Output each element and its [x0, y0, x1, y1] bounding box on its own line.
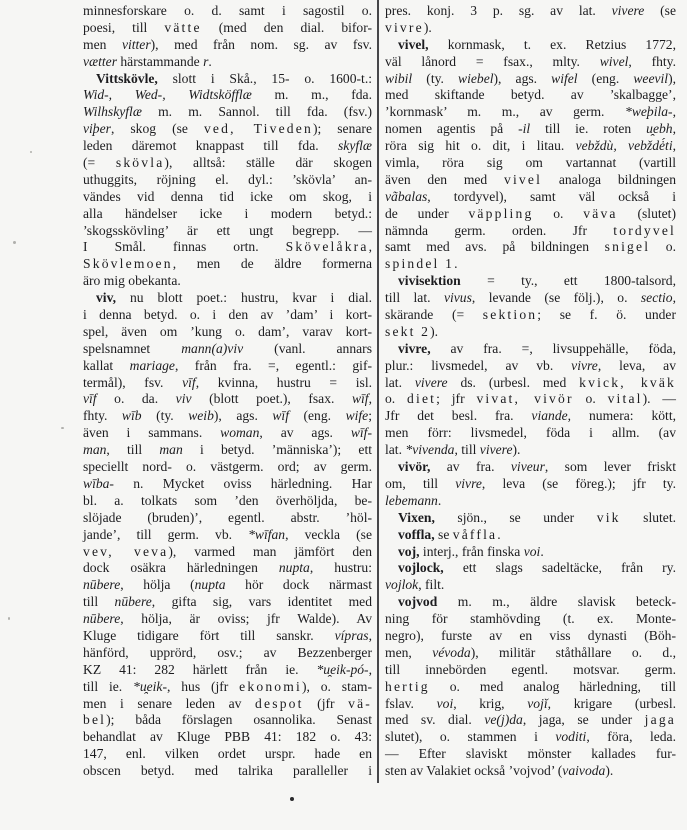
text-line: lat. *vivenda, till vivere). [385, 442, 676, 459]
scan-speck [30, 151, 32, 153]
text-line: vojlok, filt. [385, 577, 676, 594]
text-line: vīf o. da. viv (blott poet.), fsax. wīf, [83, 391, 372, 408]
text-line: 147, enl. vilken ordet urspr. hade en [83, 746, 372, 763]
text-line: vändes vid denna tid icke om skog, i [83, 189, 372, 206]
column-divider-rule [377, 0, 379, 783]
text-line: I Smål. finnas ortn. Skövelåkra, [83, 239, 372, 256]
text-line: pres. konj. 3 p. sg. av lat. vivere (se [385, 3, 676, 20]
text-line: samt med avs. på bildningen snigel o. [385, 239, 676, 256]
text-line: leden däremot knappast till fda. skyflæ [83, 138, 372, 155]
text-line: vojvod m. m., äldre slavisk beteck- [385, 594, 676, 611]
text-line: vimla, röra sig om vartannat (vartill [385, 155, 676, 172]
text-line: till innebörden egentl. motsvar. germ. [385, 662, 676, 679]
text-line: o. diet; jfr vivat, vivör o. vital). — [385, 391, 676, 408]
text-line: hertig o. med analog härledning, till [385, 679, 676, 696]
text-line: minnesforskare o. d. samt i sagostil o. [83, 3, 372, 20]
text-line: skärande (= sektion; se f. ö. under [385, 307, 676, 324]
text-line: sten av Valakiet också ’vojvod’ (vaivoda… [385, 763, 676, 780]
text-line: KZ 41: 282 härlett från ie. *u̯eik-pó-, [83, 662, 372, 679]
text-line: Kluge tidigare fört till sanskr. vípras, [83, 628, 372, 645]
text-line: behandlat av Kluge PBB 41: 182 o. 43: [83, 729, 372, 746]
text-line: till lat. vivus, levande (se följ.), o. … [385, 290, 676, 307]
right-column: pres. konj. 3 p. sg. av lat. vivere (sev… [385, 3, 676, 780]
text-line: jande’, till germ. vb. *wīfan, veckla (s… [83, 527, 372, 544]
text-line: vætter härstammande r. [83, 54, 372, 71]
text-line: lebemann. [385, 493, 676, 510]
text-line: ’kornmask’ m. m., av germ. *weþila-, [385, 104, 676, 121]
left-column: minnesforskare o. d. samt i sagostil o.p… [83, 3, 372, 780]
text-line: bl. a. tolkats som ’den överhöljda, be- [83, 493, 372, 510]
text-line: speciellt nord- o. västgerm. ord; av ger… [83, 459, 372, 476]
text-line: termål), fsv. vīf, kvinna, hustru = isl. [83, 375, 372, 392]
text-line: även i sammans. woman, av ags. wīf- [83, 425, 372, 442]
text-line: med skiftande betyd. av ’skalbagge’, [385, 87, 676, 104]
text-line: poesi, till vätte (med den dial. bifor- [83, 20, 372, 37]
text-line: (= skövla), alltså: ställe där skogen [83, 155, 372, 172]
text-line: vev, veva), varmed man jämfört den [83, 544, 372, 561]
text-line: sekt 2). [385, 324, 676, 341]
text-line: slöjade (bruden)’, egentl. abstr. ’höl- [83, 510, 372, 527]
text-line: viv, nu blott poet.: hustru, kvar i dial… [83, 290, 372, 307]
text-line: wibil (ty. wiebel), ags. wifel (eng. wee… [385, 71, 676, 88]
text-line: voffla, se våffla. [385, 527, 676, 544]
text-line: alla händelser icke i modern betyd.: [83, 206, 372, 223]
text-line: spel, även om ’kung o. dam’, varav kort- [83, 324, 372, 341]
text-line: vivör, av fra. viveur, som lever friskt [385, 459, 676, 476]
text-line: kallat mariage, från fra. =, egentl.: gi… [83, 358, 372, 375]
text-line: — Efter slaviskt mönster kallades fur- [385, 746, 676, 763]
text-line: nūbere, hölja (nupta hör dock närmast [83, 577, 372, 594]
text-line: obscen betyd. med talrika paralleller i [83, 763, 372, 780]
text-line: wība- n. Mycket oviss härledning. Har [83, 476, 372, 493]
text-line: Vittskövle, slott i Skå., 15- o. 1600-t.… [83, 71, 372, 88]
scan-speck [61, 427, 64, 429]
text-line: till ie. *u̯eik-, hus (jfr ekonomi), o. … [83, 679, 372, 696]
text-line: Wid-, Wed-, Widtsköfflæ m. m., fda. [83, 87, 372, 104]
text-line: vivisektion = ty., ett 1800-talsord, [385, 273, 676, 290]
text-line: äro mig obekanta. [83, 273, 372, 290]
text-line: men vitter), med från nom. sg. av fsv. [83, 37, 372, 54]
text-line: ning för stamhövding (t. ex. Monte- [385, 611, 676, 628]
text-line: vãbalas, tordyvel), samt väl också i [385, 189, 676, 206]
text-line: Skövlemoen, men de äldre formerna [83, 256, 372, 273]
ink-dot [290, 797, 294, 801]
text-line: nämnda germ. orden. Jfr tordyvel [385, 223, 676, 240]
text-line: Vixen, sjön., se under vik slutet. [385, 510, 676, 527]
text-line: även den med vivel analoga bildningen [385, 172, 676, 189]
text-line: nūbere, hölja, är oviss; jfr Walde). Av [83, 611, 372, 628]
text-line: vivel, kornmask, t. ex. Retzius 1772, [385, 37, 676, 54]
text-line: Wilhskyflæ m. m. Sannol. till fda. (fsv.… [83, 104, 372, 121]
text-line: uthuggits, röjning el. dyl.: ’skövla’ an… [83, 172, 372, 189]
text-line: fhty. wīb (ty. weib), ags. wīf (eng. wif… [83, 408, 372, 425]
text-line: de under väppling o. väva (slutet) [385, 206, 676, 223]
text-line: men, vévoda), militär ståthållare o. d., [385, 645, 676, 662]
text-line: väl lånord = fsax., mlty. wivel, fhty. [385, 54, 676, 71]
text-line: vivre, av fra. =, livsuppehälle, föda, [385, 341, 676, 358]
text-line: dock osäkra härledningen nupta, hustru: [83, 560, 372, 577]
text-line: man, till man i betyd. ’människa’); ett [83, 442, 372, 459]
text-line: spindel 1. [385, 256, 676, 273]
text-line: men förr: livsmedel, föda i allm. (av [385, 425, 676, 442]
text-line: spelsnamnet mann(a)viv (vanl. annars [83, 341, 372, 358]
text-line: till nūbere, gifta sig, vars identitet m… [83, 594, 372, 611]
scanned-dictionary-page: minnesforskare o. d. samt i sagostil o.p… [0, 0, 687, 830]
text-line: viþer, skog (se ved, Tiveden); senare [83, 121, 372, 138]
text-line: i denna betyd. o. i den av ’dam’ i kort- [83, 307, 372, 324]
text-line: nomen agentis på -il till ie. roten u̯eb… [385, 121, 676, 138]
text-line: röra sig hit o. dit, i litau. vebždù, ve… [385, 138, 676, 155]
text-line: med sv. dial. ve(j)da, jaga, se under ja… [385, 712, 676, 729]
scan-speck [13, 241, 16, 244]
text-line: hänförd, upprörd, osv.; av Bezzenberger [83, 645, 372, 662]
text-line: men i senare leden av despot (jfr vä- [83, 696, 372, 713]
text-line: ’skogsskövling’ är ett ungt begrepp. — [83, 223, 372, 240]
scan-speck [8, 617, 10, 620]
text-line: voj, interj., från finska voi. [385, 544, 676, 561]
text-line: vivre). [385, 20, 676, 37]
text-line: bel); båda förslagen osannolika. Senast [83, 712, 372, 729]
text-line: slutet), o. stammen i voditi, föra, leda… [385, 729, 676, 746]
text-line: plur.: livsmedel, av vb. vivre, leva, av [385, 358, 676, 375]
text-line: fslav. voi, krig, vojĭ, krigare (urbesl. [385, 696, 676, 713]
text-line: om, till vivre, leva (se föreg.); jfr ty… [385, 476, 676, 493]
text-line: negro), furste av en viss dynasti (Böh- [385, 628, 676, 645]
text-line: lat. vivere ds. (urbesl. med kvick, kväk [385, 375, 676, 392]
text-line: vojlock, ett slags sadeltäcke, från ry. [385, 560, 676, 577]
text-line: Jfr det besl. fra. viande, numera: kött, [385, 408, 676, 425]
